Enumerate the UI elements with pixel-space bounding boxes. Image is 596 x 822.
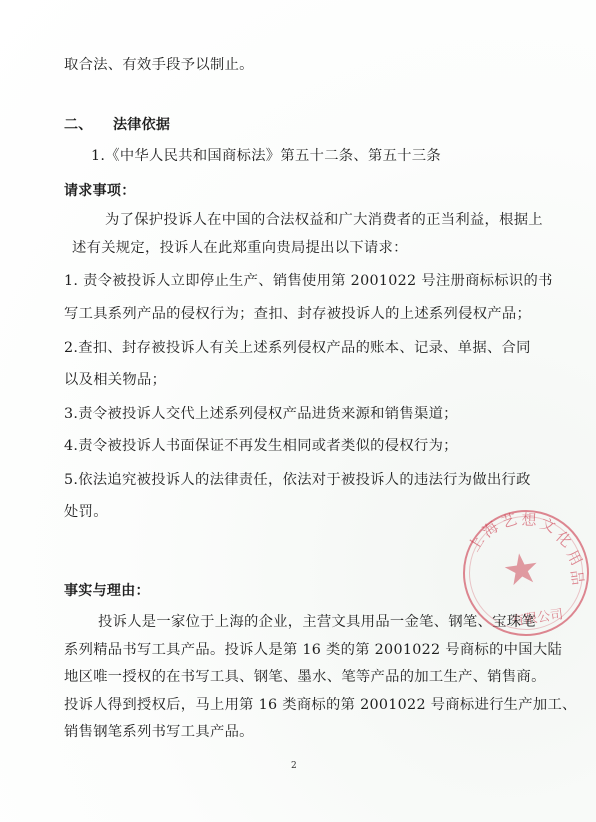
requests-intro-line: 述有关规定，投诉人在此郑重向贵局提出以下请求：: [72, 238, 408, 258]
request-item-1-cont: 写工具系列产品的侵权行为；查扣、封存被投诉人的上述系列侵权产品；: [64, 304, 531, 324]
request-item-2: 2.查扣、封存被投诉人有关上述系列侵权产品的账本、记录、单据、合同: [64, 338, 531, 358]
request-item-2-cont: 以及相关物品；: [64, 370, 166, 390]
facts-paragraph-line: 销售钢笔系列书写工具产品。: [64, 722, 254, 742]
requests-heading: 请求事项：: [64, 181, 136, 201]
page-number: 2: [291, 761, 297, 771]
seal-char: 品: [566, 568, 589, 586]
facts-paragraph-line: 投诉人是一家位于上海的企业，主营文具用品一金笔、钢笔、宝珠笔: [98, 612, 536, 632]
request-item-3: 3.责令被投诉人交代上述系列侵权产品进货来源和销售渠道；: [64, 404, 458, 424]
legal-basis-item: 1.《中华人民共和国商标法》第五十二条、第五十三条: [91, 146, 441, 166]
requests-intro-line: 为了保护投诉人在中国的合法权益和广大消费者的正当利益，根据上: [105, 210, 543, 230]
section-number: 二、: [64, 115, 93, 135]
request-item-1: 1. 责令被投诉人立即停止生产、销售使用第 2001022 号注册商标标识的书: [64, 271, 553, 291]
request-item-5-cont: 处罚。: [64, 502, 108, 522]
seal-star-icon: ★: [500, 546, 543, 593]
request-item-5: 5.依法追究被投诉人的法律责任，依法对于被投诉人的违法行为做出行政: [64, 470, 531, 490]
seal-char: 想: [521, 509, 537, 531]
section-title: 法律依据: [113, 115, 170, 135]
request-item-4: 4.责令被投诉人书面保证不再发生相同或者类似的侵权行为；: [64, 436, 458, 456]
facts-paragraph-line: 系列精品书写工具产品。投诉人是第 16 类的第 2001022 号商标的中国大陆: [64, 640, 562, 660]
facts-heading: 事实与理由：: [64, 581, 150, 601]
continuation-text: 取合法、有效手段予以制止。: [64, 55, 254, 75]
facts-paragraph-line: 投诉人得到授权后，马上用第 16 类商标的第 2001022 号商标进行生产加工…: [64, 695, 577, 715]
facts-paragraph-line: 地区唯一授权的在书写工具、钢笔、墨水、笔等产品的加工生产、销售商。: [64, 667, 546, 687]
